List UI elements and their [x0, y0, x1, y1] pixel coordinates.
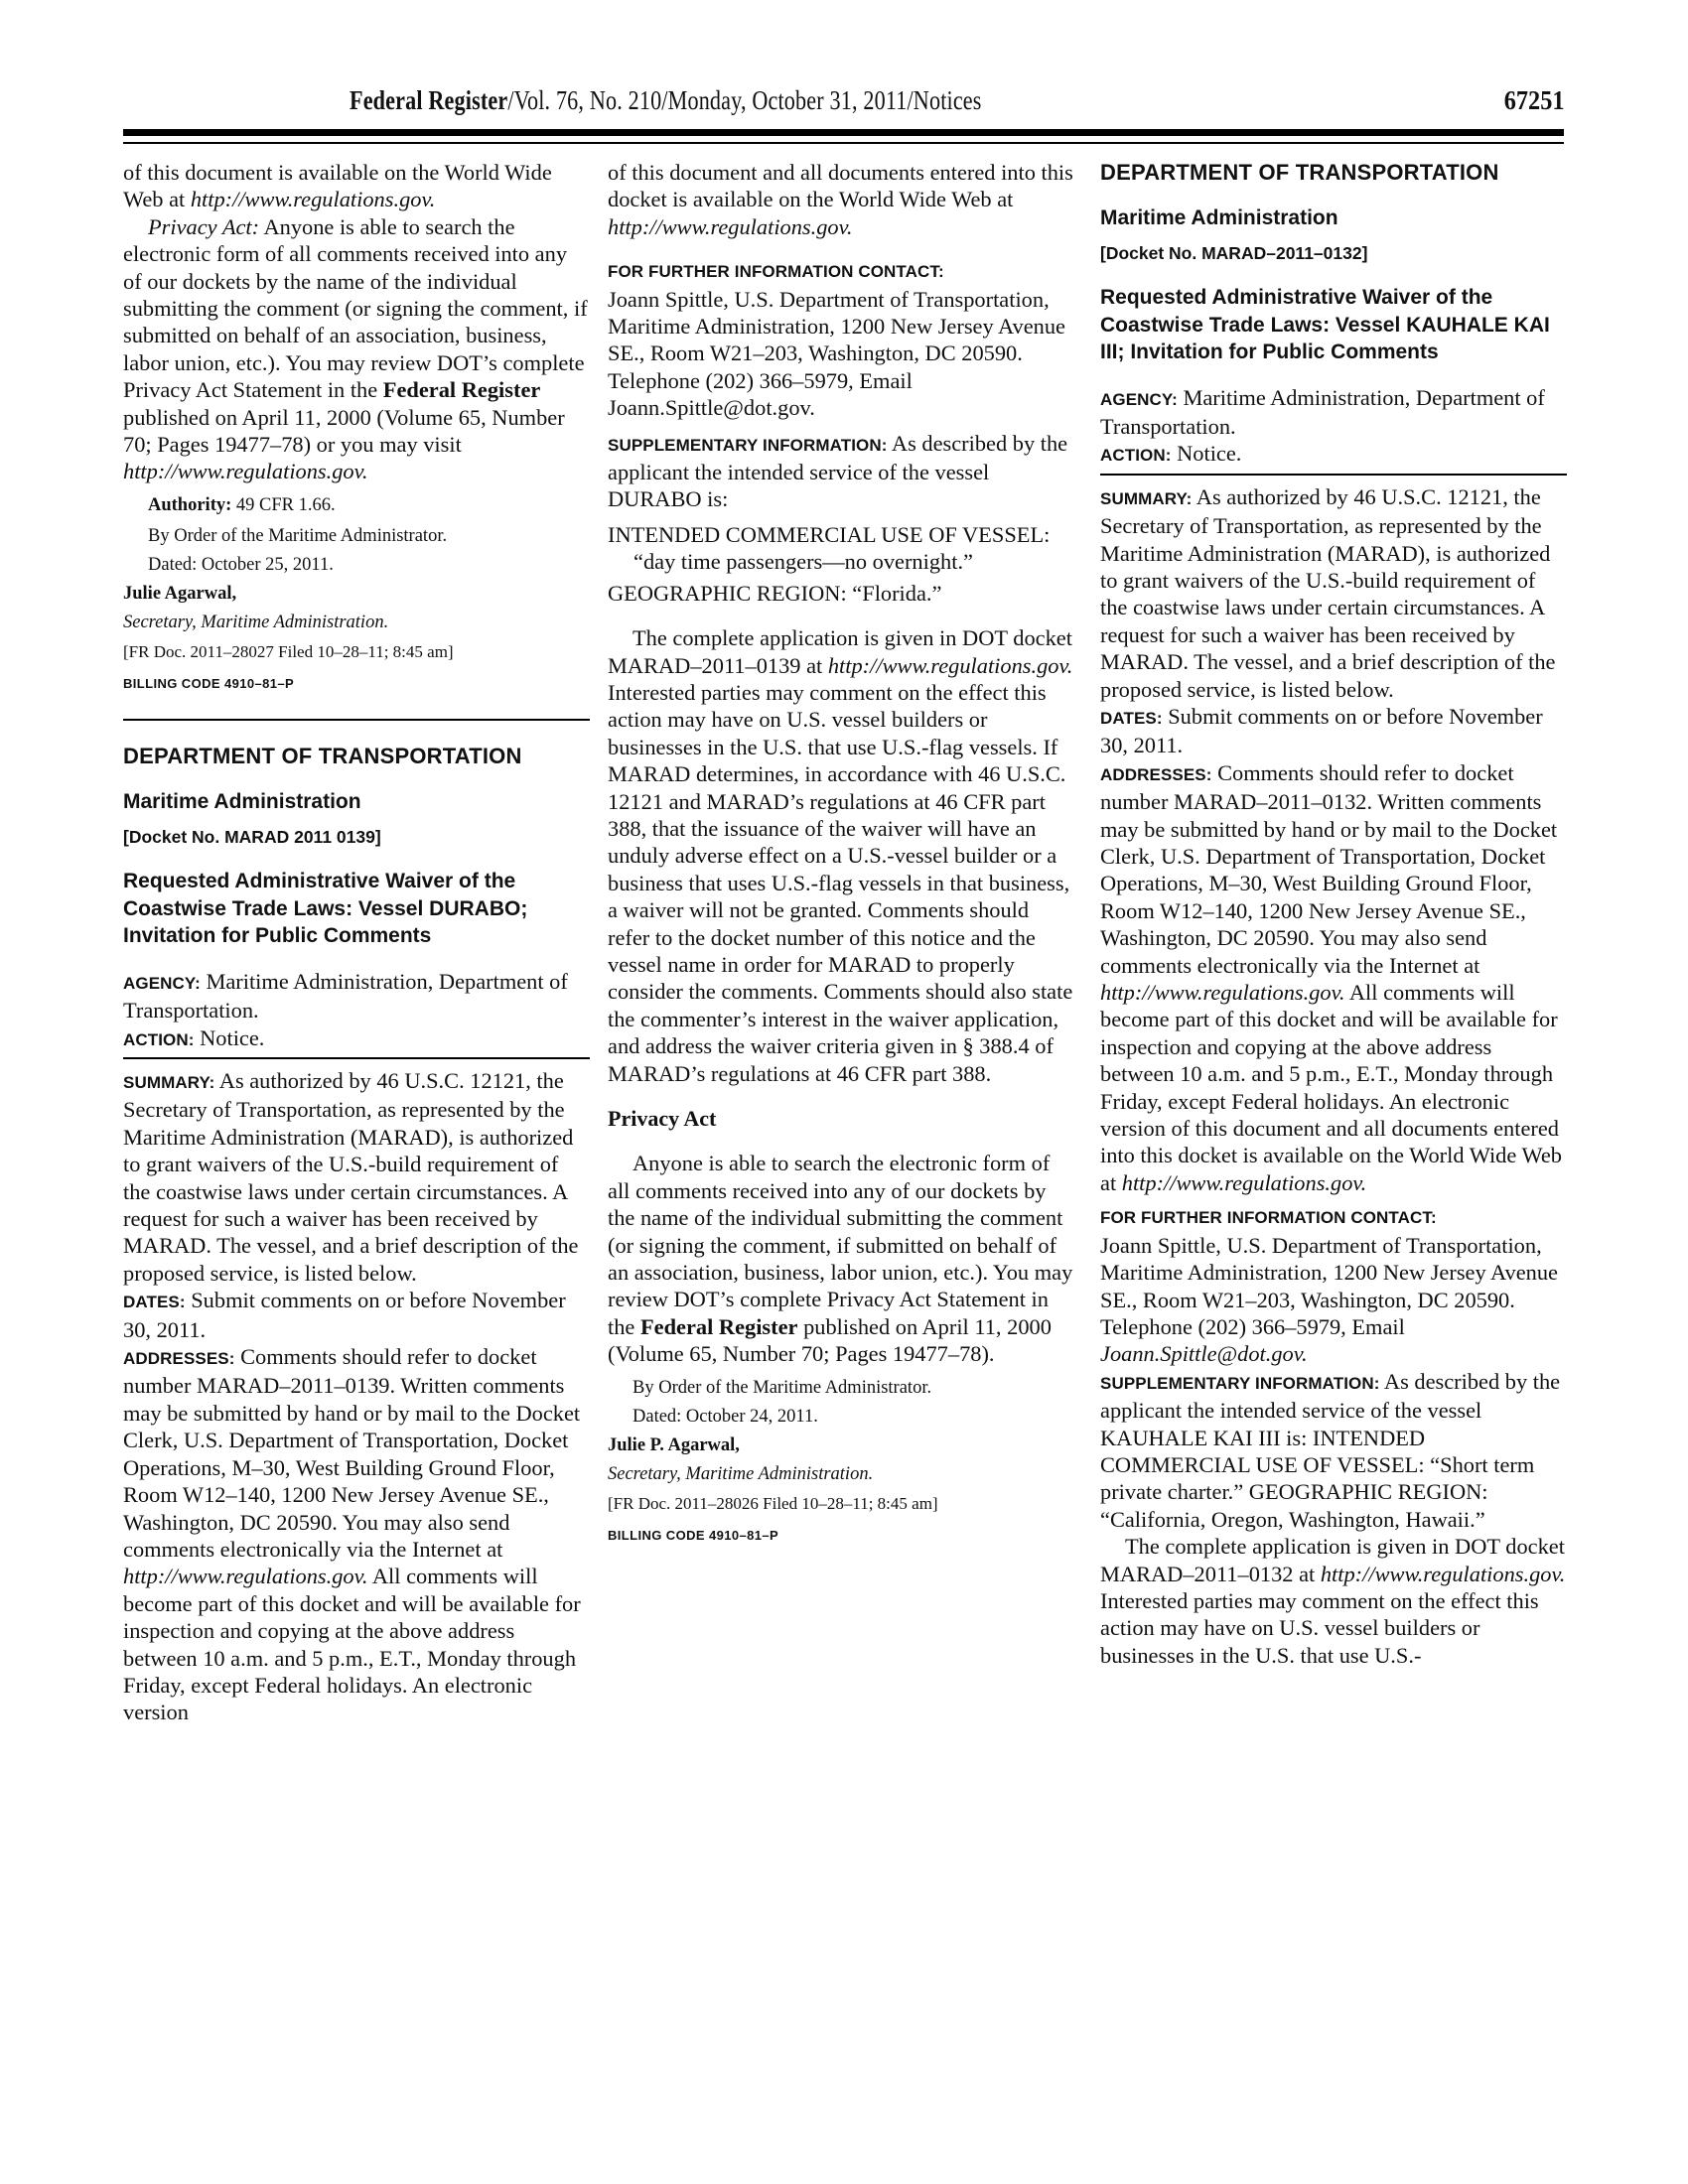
signer-title: Secretary, Maritime Administration. — [123, 611, 590, 635]
application-paragraph: The complete application is given in DOT… — [608, 624, 1074, 1087]
summary-paragraph: SUMMARY: As authorized by 46 U.S.C. 1212… — [123, 1067, 590, 1287]
geographic-region: GEOGRAPHIC REGION: “Florida.” — [608, 580, 1074, 607]
action-line: ACTION: Notice. — [1100, 440, 1567, 469]
contact-label: FOR FURTHER INFORMATION CONTACT: — [608, 258, 1074, 285]
summary-label: SUMMARY: — [123, 1073, 214, 1092]
text: Notice. — [195, 1025, 265, 1050]
text: Submit comments on or before November 30… — [1100, 704, 1543, 757]
order-line: By Order of the Maritime Administrator. — [608, 1376, 1074, 1401]
header-rule-thin — [123, 142, 1564, 144]
addresses-label: ADDRESSES: — [123, 1349, 234, 1368]
link-regulations-gov[interactable]: http://www.regulations.gov. — [1122, 1170, 1367, 1195]
text: Interested parties may comment on the ef… — [608, 680, 1072, 1086]
text: As described by the applicant the intend… — [1100, 1369, 1560, 1532]
header-rule-thick — [123, 129, 1564, 136]
running-header: Federal Register/Vol. 76, No. 210/Monday… — [123, 85, 1564, 115]
agency-line: AGENCY: Maritime Administration, Departm… — [1100, 384, 1567, 441]
signer-name: Julie P. Agarwal, — [608, 1433, 1074, 1458]
privacy-act-heading: Privacy Act — [608, 1105, 1074, 1132]
contact-text: Joann Spittle, U.S. Department of Transp… — [608, 286, 1074, 422]
text: Joann Spittle, U.S. Department of Transp… — [1100, 1233, 1558, 1339]
text: All comments will become part of this do… — [1100, 980, 1562, 1195]
supplementary-paragraph: SUPPLEMENTARY INFORMATION: As described … — [608, 430, 1074, 513]
fr-doc-line: [FR Doc. 2011–28027 Filed 10–28–11; 8:45… — [123, 639, 590, 664]
text: Comments should refer to docket number M… — [1100, 760, 1557, 978]
section-divider — [123, 1057, 590, 1059]
text: Notice. — [1172, 441, 1242, 466]
header-citation: Federal Register/Vol. 76, No. 210/Monday… — [350, 85, 982, 116]
link-regulations-gov[interactable]: http://www.regulations.gov. — [191, 187, 436, 211]
supplementary-label: SUPPLEMENTARY INFORMATION: — [1100, 1374, 1380, 1393]
billing-code: BILLING CODE 4910–81–P — [608, 1522, 1074, 1549]
text: Anyone is able to search the electronic … — [123, 214, 588, 402]
privacy-paragraph: Anyone is able to search the electronic … — [608, 1150, 1074, 1367]
authority-label: Authority: — [148, 495, 231, 515]
text: Comments should refer to docket number M… — [123, 1344, 580, 1562]
signer-title: Secretary, Maritime Administration. — [608, 1462, 1074, 1487]
privacy-paragraph: Privacy Act: Anyone is able to search th… — [123, 213, 590, 485]
dates-label: DATES: — [123, 1293, 186, 1311]
docket-number: [Docket No. MARAD 2011 0139] — [123, 824, 590, 850]
order-line: By Order of the Maritime Administrator. — [123, 524, 590, 549]
header-issue: /Vol. 76, No. 210/Monday, October 31, 20… — [507, 85, 981, 115]
link-regulations-gov[interactable]: http://www.regulations.gov. — [1100, 980, 1345, 1005]
dated-line: Dated: October 24, 2011. — [608, 1405, 1074, 1430]
contact-paragraph: Joann Spittle, U.S. Department of Transp… — [1100, 1232, 1567, 1368]
column-2: of this document and all documents enter… — [608, 159, 1074, 1549]
header-publication: Federal Register — [350, 85, 507, 115]
docket-number: [Docket No. MARAD–2011–0132] — [1100, 240, 1567, 266]
dates-label: DATES: — [1100, 709, 1163, 728]
link-regulations-gov[interactable]: http://www.regulations.gov. — [828, 653, 1073, 678]
addresses-paragraph: ADDRESSES: Comments should refer to dock… — [1100, 759, 1567, 1197]
privacy-label: Privacy Act: — [148, 214, 259, 239]
section-divider — [1100, 474, 1567, 476]
authority-line: Authority: 49 CFR 1.66. — [123, 493, 590, 518]
agency-label: AGENCY: — [123, 974, 201, 993]
dates-paragraph: DATES: Submit comments on or before Nove… — [123, 1287, 590, 1343]
intended-use: INTENDED COMMERCIAL USE OF VESSEL: “day … — [608, 521, 1074, 576]
addresses-label: ADDRESSES: — [1100, 765, 1211, 784]
link-regulations-gov[interactable]: http://www.regulations.gov. — [1321, 1562, 1566, 1586]
dated-line: Dated: October 25, 2011. — [123, 553, 590, 578]
action-line: ACTION: Notice. — [123, 1024, 590, 1053]
text: Anyone is able to search the electronic … — [608, 1151, 1072, 1338]
page-number: 67251 — [1503, 85, 1564, 116]
summary-paragraph: SUMMARY: As authorized by 46 U.S.C. 1212… — [1100, 483, 1567, 703]
contact-label: FOR FURTHER INFORMATION CONTACT: — [1100, 1204, 1567, 1231]
dates-paragraph: DATES: Submit comments on or before Nove… — [1100, 703, 1567, 759]
notice-title: Requested Administrative Waiver of the C… — [123, 868, 590, 950]
agency-label: AGENCY: — [1100, 390, 1178, 409]
text: of this document and all documents enter… — [608, 160, 1073, 211]
link-regulations-gov[interactable]: http://www.regulations.gov. — [608, 214, 853, 239]
text: Interested parties may comment on the ef… — [1100, 1588, 1539, 1668]
continued-paragraph: of this document and all documents enter… — [608, 159, 1074, 240]
text: As authorized by 46 U.S.C. 12121, the Se… — [123, 1068, 578, 1286]
column-3: DEPARTMENT OF TRANSPORTATION Maritime Ad… — [1100, 159, 1567, 1669]
department-heading: DEPARTMENT OF TRANSPORTATION — [1100, 159, 1567, 187]
action-label: ACTION: — [1100, 446, 1172, 465]
fr-doc-line: [FR Doc. 2011–28026 Filed 10–28–11; 8:45… — [608, 1491, 1074, 1516]
addresses-paragraph: ADDRESSES: Comments should refer to dock… — [123, 1343, 590, 1726]
summary-label: SUMMARY: — [1100, 489, 1192, 508]
department-heading: DEPARTMENT OF TRANSPORTATION — [123, 743, 590, 770]
agency-line: AGENCY: Maritime Administration, Departm… — [123, 968, 590, 1024]
continued-paragraph: of this document is available on the Wor… — [123, 159, 590, 213]
federal-register-ref: Federal Register — [640, 1314, 798, 1339]
supplementary-label: SUPPLEMENTARY INFORMATION: — [608, 436, 888, 455]
text: published on April 11, 2000 (Volume 65, … — [123, 405, 565, 457]
supplementary-paragraph: SUPPLEMENTARY INFORMATION: As described … — [1100, 1368, 1567, 1533]
link-regulations-gov[interactable]: http://www.regulations.gov. — [123, 459, 368, 483]
text: 49 CFR 1.66. — [231, 495, 335, 515]
federal-register-ref: Federal Register — [383, 377, 541, 402]
notice-title: Requested Administrative Waiver of the C… — [1100, 284, 1567, 366]
column-1: of this document is available on the Wor… — [123, 159, 590, 1726]
billing-code: BILLING CODE 4910–81–P — [123, 670, 590, 697]
contact-email-link[interactable]: Joann.Spittle@dot.gov. — [1100, 1341, 1308, 1366]
agency-subheading: Maritime Administration — [1100, 205, 1567, 232]
text: Submit comments on or before November 30… — [123, 1288, 566, 1341]
text: As authorized by 46 U.S.C. 12121, the Se… — [1100, 484, 1555, 702]
application-paragraph: The complete application is given in DOT… — [1100, 1533, 1567, 1669]
link-regulations-gov[interactable]: http://www.regulations.gov. — [123, 1564, 368, 1588]
agency-subheading: Maritime Administration — [123, 788, 590, 816]
action-label: ACTION: — [123, 1030, 195, 1049]
signer-name: Julie Agarwal, — [123, 582, 590, 607]
